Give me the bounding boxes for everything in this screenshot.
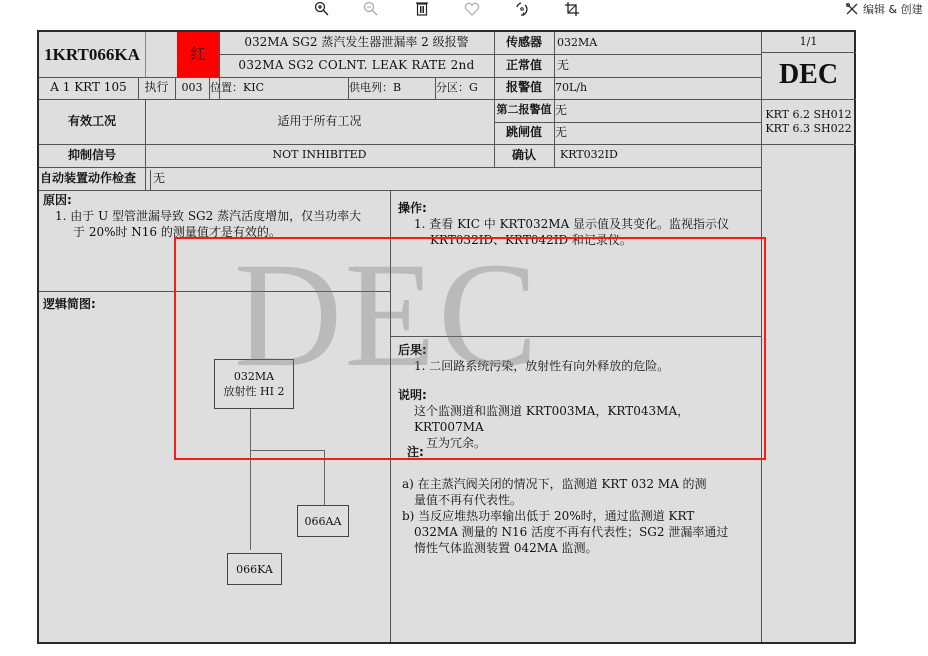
image-viewer-toolbar: 编辑 & 创建 [0,0,928,24]
edit-create-button[interactable]: 编辑 & 创建 [845,0,923,18]
cause-item-continued: 于 20%时 N16 的测量值才是有效的。 [43,224,388,240]
cause-item: 1. 由于 U 型管泄漏导致 SG2 蒸汽活度增加，仅当功率大 [43,208,388,224]
explanation-line: 互为冗余。 [398,435,758,451]
explanation-line: 这个监测道和监测道 KRT003MA，KRT043MA，KRT007MA [398,403,758,435]
edit-tools-icon [845,2,859,16]
logic-diagram-title: 逻辑简图: [43,298,96,312]
logic-box-066aa: 066AA [297,505,349,537]
power-train: 供电列：B [348,77,435,99]
position: 位置：KIC [209,77,348,99]
crop-icon[interactable] [560,0,584,18]
inhibit-signal-label: 抑制信号 [39,144,145,167]
normal-value: 无 [554,54,761,77]
logic-box-066ka: 066KA [227,553,282,585]
alarm-title-cn: 032MA SG2 蒸汽发生器泄漏率 2 级报警 [219,32,494,54]
trip-value: 无 [554,122,761,144]
alarm-color-indicator: 红 [177,32,219,77]
reference-list: KRT 6.2 SH012 KRT 6.3 SH022 [761,99,856,144]
note-line: 惰性气体监测装置 042MA 监测。 [398,540,758,556]
logic-box-label: 放射性 HI 2 [224,384,285,399]
logic-box-032ma: 032MA 放射性 HI 2 [214,359,294,409]
operation-item-continued: KRT032ID、KRT042ID 和记录仪。 [398,232,758,248]
notes-title: 注: [407,446,424,460]
auto-device-check-label: 自动装置动作检查 [39,167,150,190]
note-line: b) 当反应堆热功率输出低于 20%时，通过监测道 KRT [398,508,758,524]
second-alarm-label: 第二报警值 [494,99,554,122]
note-line: 032MA 测量的 N16 活度不再有代表性；SG2 泄漏率通过 [398,524,758,540]
confirm-label: 确认 [494,144,554,167]
valid-conditions-label: 有效工况 [39,99,145,144]
explanation-title: 说明: [398,389,758,403]
sensor-value: 032MA [554,32,761,54]
second-alarm-value: 无 [554,99,761,122]
zoom-out-icon[interactable] [359,0,383,18]
notes-section: a) 在主蒸汽阀关闭的情况下，监测道 KRT 032 MA 的测 量值不再有代表… [398,476,758,556]
note-line: a) 在主蒸汽阀关闭的情况下，监测道 KRT 032 MA 的测 [398,476,758,492]
reference-item: KRT 6.3 SH022 [765,122,851,136]
alarm-title-en: 032MA SG2 COLNT. LEAK RATE 2nd [219,54,494,77]
edit-create-label: 编辑 & 创建 [863,1,923,17]
operation-section: 操作: 1. 查看 KIC 中 KRT032MA 显示值及其变化。监视指示仪 K… [398,202,758,248]
department-code: DEC [761,52,856,99]
explanation-section: 说明: 这个监测道和监测道 KRT003MA，KRT043MA，KRT007MA… [398,389,758,451]
consequence-title: 后果: [398,344,758,358]
page-number: 1/1 [761,32,856,52]
trip-value-label: 跳闸值 [494,122,554,144]
consequence-item: 1. 二回路系统污染，放射性有向外释放的危险。 [398,358,758,374]
alarm-value-label: 报警值 [494,77,554,99]
inhibit-signal-value: NOT INHIBITED [145,144,494,167]
exec-label: 执行 [138,77,175,99]
rotate-icon[interactable] [510,0,534,18]
alarm-card: 1KRT066KA 红 032MA SG2 蒸汽发生器泄漏率 2 级报警 032… [37,30,856,644]
zoom-in-icon[interactable] [310,0,334,18]
consequence-section: 后果: 1. 二回路系统污染，放射性有向外释放的危险。 [398,344,758,374]
location-code: A 1 KRT 105 [39,77,138,99]
favorite-icon[interactable] [460,0,484,18]
normal-value-label: 正常值 [494,54,554,77]
valid-conditions-value: 适用于所有工况 [145,99,494,144]
alarm-value: 70L/h [554,77,761,99]
operation-title: 操作: [398,202,758,216]
auto-device-check-value: 无 [150,167,390,190]
delete-icon[interactable] [410,0,434,18]
note-line: 量值不再有代表性。 [398,492,758,508]
sensor-label: 传感器 [494,32,554,54]
cause-title: 原因: [43,194,388,208]
logic-box-label: 032MA [234,369,274,384]
confirm-value: KRT032ID [554,144,761,167]
cause-section: 原因: 1. 由于 U 型管泄漏导致 SG2 蒸汽活度增加，仅当功率大 于 20… [43,194,388,289]
operation-item: 1. 查看 KIC 中 KRT032MA 显示值及其变化。监视指示仪 [398,216,758,232]
exec-value: 003 [175,77,209,99]
alarm-code: 1KRT066KA [39,32,145,77]
reference-item: KRT 6.2 SH012 [765,108,851,122]
zone: 分区：G [435,77,494,99]
